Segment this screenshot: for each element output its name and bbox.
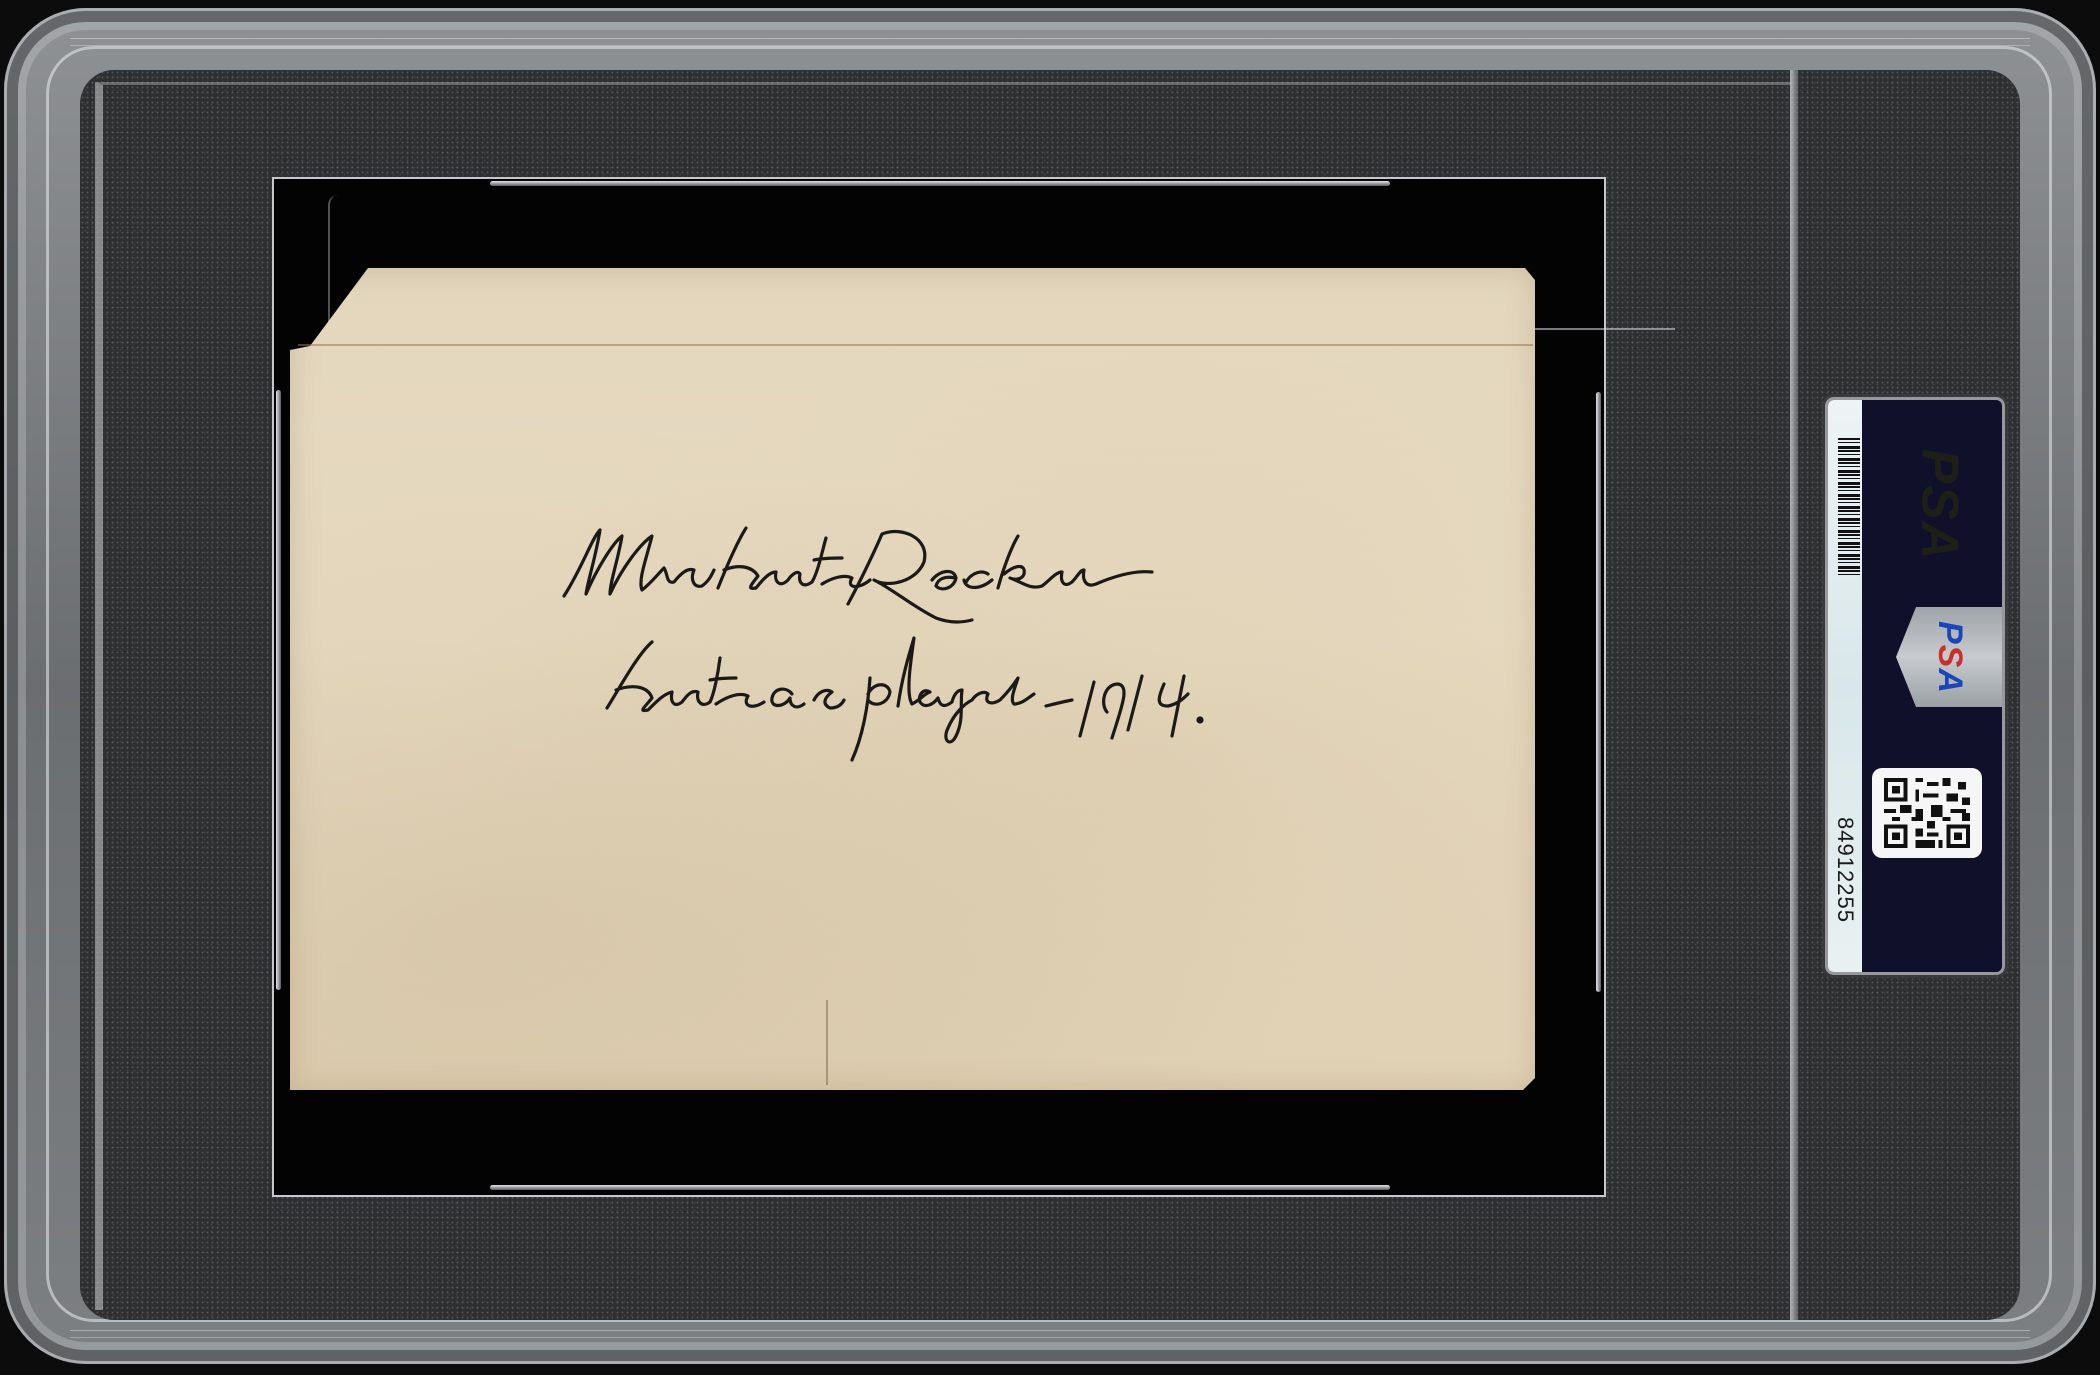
psa-watermark-icon: PSA [1904,440,1974,570]
holder-rail-right [1596,392,1601,992]
psa-logo-icon: PSA [1896,607,2002,707]
slab-ridge-bottom [70,1330,2030,1338]
qr-code-icon[interactable] [1872,768,1982,858]
slab-ridge-top [70,38,2030,46]
holder-rail-left [276,390,281,990]
paper-crease [826,1000,828,1085]
label-divider [1790,70,1798,1320]
holder-rail-top [490,181,1390,186]
psa-logo-text: PSA [1930,621,1969,694]
handwritten-inscription: Mrs Knute Rockne Knute as played - 1914. [552,508,1372,768]
psa-label: 84912255 PSA PSA [1828,400,2002,972]
signature-icon [552,508,1372,768]
holder-rail-bottom [490,1185,1390,1190]
paper-fold [298,344,1533,346]
certification-number: 84912255 [1830,785,1860,955]
barcode-icon [1838,438,1860,578]
